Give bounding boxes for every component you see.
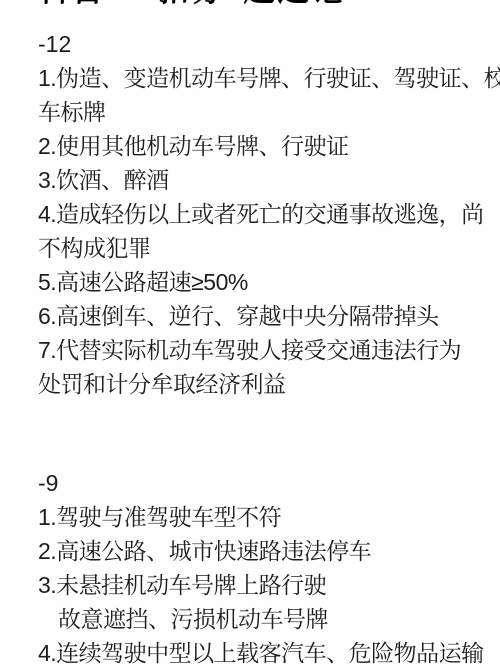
rule-line: 3.未悬挂机动车号牌上路行驶 <box>38 568 492 602</box>
clipped-page-title: 科目一"扣分"题速记 <box>38 0 492 9</box>
note-page: 科目一"扣分"题速记 -121.伪造、变造机动车号牌、行驶证、驾驶证、校车标牌2… <box>0 0 500 667</box>
points-section--12: -121.伪造、变造机动车号牌、行驶证、驾驶证、校车标牌2.使用其他机动车号牌、… <box>38 27 492 401</box>
rule-line: 1.驾驶与准驾驶车型不符 <box>38 500 492 534</box>
rule-line: 4.造成轻伤以上或者死亡的交通事故逃逸，尚 <box>38 197 492 231</box>
rule-line: 7.代替实际机动车驾驶人接受交通违法行为 <box>38 333 492 367</box>
rule-line: 6.高速倒车、逆行、穿越中央分隔带掉头 <box>38 299 492 333</box>
rule-line: 5.高速公路超速≥50% <box>38 265 492 299</box>
rule-line: 3.饮酒、醉酒 <box>38 163 492 197</box>
rule-line: 故意遮挡、污损机动车号牌 <box>38 602 492 636</box>
rule-line: 2.高速公路、城市快速路违法停车 <box>38 534 492 568</box>
score-heading: -9 <box>38 466 492 500</box>
rule-line: 不构成犯罪 <box>38 231 492 265</box>
score-heading: -12 <box>38 27 492 61</box>
rule-line: 车标牌 <box>38 95 492 129</box>
points-section--9: -91.驾驶与准驾驶车型不符2.高速公路、城市快速路违法停车3.未悬挂机动车号牌… <box>38 466 492 667</box>
rule-line: 4.连续驾驶中型以上载客汽车、危险物品运输 <box>38 636 492 667</box>
rules-list: -121.伪造、变造机动车号牌、行驶证、驾驶证、校车标牌2.使用其他机动车号牌、… <box>38 27 492 667</box>
rule-line: 处罚和计分牟取经济利益 <box>38 367 492 401</box>
rule-line: 1.伪造、变造机动车号牌、行驶证、驾驶证、校 <box>38 61 492 95</box>
rule-line: 2.使用其他机动车号牌、行驶证 <box>38 129 492 163</box>
